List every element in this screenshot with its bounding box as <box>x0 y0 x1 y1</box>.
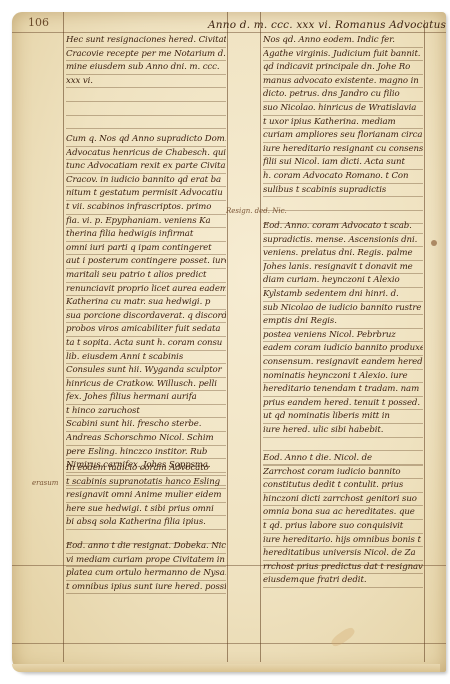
text-line: curiam ampliores seu florianam circa <box>263 129 423 143</box>
text-line: Eod. Anno t die. Nicol. de <box>263 452 423 466</box>
text-line: t vii. scabinos infrascriptos. primo <box>66 201 226 215</box>
blank-ruled-line <box>66 102 226 116</box>
text-line: Johes lanis. resignavit t donavit me <box>263 261 423 275</box>
manuscript-page: 106 Anno d. m. ccc. xxx vi. Romanus Advo… <box>12 12 446 672</box>
blank-ruled-line <box>263 197 423 211</box>
text-line: Cracovie recepte per me Notarium d. <box>66 48 226 62</box>
text-line: vi mediam curiam prope Civitatem in <box>66 554 226 568</box>
text-line: bi absq sola Katherina filia ipius. <box>66 516 226 530</box>
left-entry-intro: Hec sunt resignaciones hered. Civitat Cr… <box>66 34 226 129</box>
blank-ruled-line <box>263 438 423 452</box>
text-line: constitutus dedit t contulit. prius <box>263 479 423 493</box>
text-line: omnia bona sua ac hereditates. que <box>263 506 423 520</box>
text-line: lib. eiusdem Anni t scabinis <box>66 351 226 365</box>
blank-ruled-line <box>66 88 226 102</box>
text-line: Zarrchost coram iudicio bannito <box>263 466 423 480</box>
text-line: nominatis heynczoni t Alexio. iure <box>263 370 423 384</box>
text-line: Andreas Schorschmo Nicol. Schim <box>66 432 226 446</box>
text-line: hereditatibus universis Nicol. de Za <box>263 547 423 561</box>
text-line: hinczoni dicti zarrchost genitori suo <box>263 493 423 507</box>
text-line: iure hered. ulic sibi habebit. <box>263 424 423 438</box>
text-line: t uxor ipius Katherina. mediam <box>263 116 423 130</box>
text-line: tunc Advocatiam rexit ex parte Civitat <box>66 160 226 174</box>
text-line: sulibus t scabinis supradictis <box>263 184 423 198</box>
right-entry-advocato: Eod. Anno. coram Advocato t scab. suprad… <box>263 220 423 465</box>
text-line: renunciavit proprio licet aurea eadem <box>66 283 226 297</box>
text-line: ut qd nominatis liberis mitt in <box>263 410 423 424</box>
text-line: manus advocato existente. magno in <box>263 75 423 89</box>
text-line: Scabini sunt hii. frescho sterbe. <box>66 418 226 432</box>
text-line: fia. vi. p. Epyphaniam. veniens Ka <box>66 215 226 229</box>
text-line: here sue hedwigi. t sibi prius omni <box>66 503 226 517</box>
year-heading: Anno d. m. ccc. xxx vi. Romanus Advocatu… <box>208 19 446 31</box>
text-line: pere Esling. hinczco institor. Rub <box>66 446 226 460</box>
text-line: ta t sopita. Acta sunt h. coram consu <box>66 337 226 351</box>
left-entry-eodem-iudicio: In eodem iudicio coram Advocato t scabin… <box>66 462 226 544</box>
text-line: Cum q. Nos qd Anno supradicto Dom. <box>66 133 226 147</box>
text-line: h. coram Advocato Romano. t Con <box>263 170 423 184</box>
text-line: resignavit omni Anime mulier eidem <box>66 489 226 503</box>
text-line: mine eiusdem sub Anno dni. m. ccc. <box>66 61 226 75</box>
text-line: prius eandem hered. tenuit t possed. <box>263 397 423 411</box>
text-line: postea veniens Nicol. Pebrbruz <box>263 329 423 343</box>
text-line: In eodem iudicio coram Advocato <box>66 462 226 476</box>
text-line: nitum t gestatum permisit Advocatiu <box>66 187 226 201</box>
text-line: qd indicavit principale dn. Johe Ro <box>263 61 423 75</box>
text-line: sub Nicolao de iudicio bannito rustre <box>263 302 423 316</box>
text-line: xxx vi. <box>66 75 226 89</box>
text-line: consensum. resignavit eandem hered. <box>263 356 423 370</box>
text-line: Consules sunt hii. Wyganda sculptor <box>66 364 226 378</box>
text-line: iure hereditario resignant cu consensu <box>263 143 423 157</box>
margin-note-erasum: erasum <box>32 479 58 487</box>
text-line: eiusdemque fratri dedit. <box>263 574 423 588</box>
text-line: therina filia hedwigis infirmat <box>66 228 226 242</box>
text-line: Eod. Anno. coram Advocato t scab. <box>263 220 423 234</box>
left-entry-advocatus: Cum q. Nos qd Anno supradicto Dom. Advoc… <box>66 133 226 486</box>
left-entry-eodem-anno: Eod. anno t die resignat. Dobeka. Nicol … <box>66 540 226 594</box>
text-line: hereditario tenendam t tradam. nam <box>263 383 423 397</box>
text-line: Cracov. in iudicio bannito qd erat ba <box>66 174 226 188</box>
text-line: emptis dni Regis. <box>263 315 423 329</box>
text-line: Eod. anno t die resignat. Dobeka. Nicol <box>66 540 226 554</box>
text-line: veniens. prelatus dni. Regis. palme <box>263 247 423 261</box>
blank-ruled-line <box>66 116 226 130</box>
text-line: omni iuri parti q ipam contingeret <box>66 242 226 256</box>
text-line: hinricus de Cratkow. Willusch. pelli <box>66 378 226 392</box>
text-line: dicto. petrus. dns Jandro cu filio <box>263 88 423 102</box>
ink-stain <box>431 240 437 246</box>
text-line: supradictis. mense. Ascensionis dni. <box>263 234 423 248</box>
text-line: eadem coram iudicio bannito produxerat <box>263 342 423 356</box>
text-line: iure hereditario. hijs omnibus bonis t <box>263 534 423 548</box>
text-line: platea cum ortulo hermanno de Nysa. <box>66 567 226 581</box>
text-line: diam curiam. heynczoni t Alexio <box>263 274 423 288</box>
text-line: Nos qd. Anno eodem. Indic fer. <box>263 34 423 48</box>
text-line: t scabinis supranotatis hanco Esling <box>66 476 226 490</box>
text-line: Hec sunt resignaciones hered. Civitat <box>66 34 226 48</box>
right-entry-agathe: Nos qd. Anno eodem. Indic fer. Agathe vi… <box>263 34 423 224</box>
text-line: Kylstamb sedentem dni hinri. d. <box>263 288 423 302</box>
ruling-bottom <box>12 643 446 644</box>
right-entry-zarrchost: Eod. Anno t die. Nicol. de Zarrchost cor… <box>263 452 423 588</box>
text-line: probos viros amicabiliter fuit sedata <box>66 323 226 337</box>
text-line: sua porcione discordaverat. q discordi <box>66 310 226 324</box>
ruling-top <box>12 32 446 33</box>
text-line: suo Nicolao. hinricus de Wratislavia <box>263 102 423 116</box>
text-line: Agathe virginis. Judicium fuit bannit. <box>263 48 423 62</box>
text-line: fex. Johes filius hermani aurifa <box>66 391 226 405</box>
text-line: Advocatus henricus de Chabesch. qui <box>66 147 226 161</box>
text-line: rrchost prius predictus dat t resignavit… <box>263 561 423 575</box>
text-line: filii sui Nicol. iam dicti. Acta sunt <box>263 156 423 170</box>
parchment-smudge <box>329 625 356 648</box>
text-line: t omnibus ipius sunt iure hered. posside… <box>66 581 226 595</box>
text-line: aut i posterum contingere posset. iure <box>66 255 226 269</box>
folio-number: 106 <box>28 16 49 29</box>
text-line: Katherina cu matr. sua hedwigi. p <box>66 296 226 310</box>
text-line: t qd. prius labore suo conquisivit <box>263 520 423 534</box>
text-line: maritali seu patrio t alios predict <box>66 269 226 283</box>
text-line: t hinco zaruchost <box>66 405 226 419</box>
